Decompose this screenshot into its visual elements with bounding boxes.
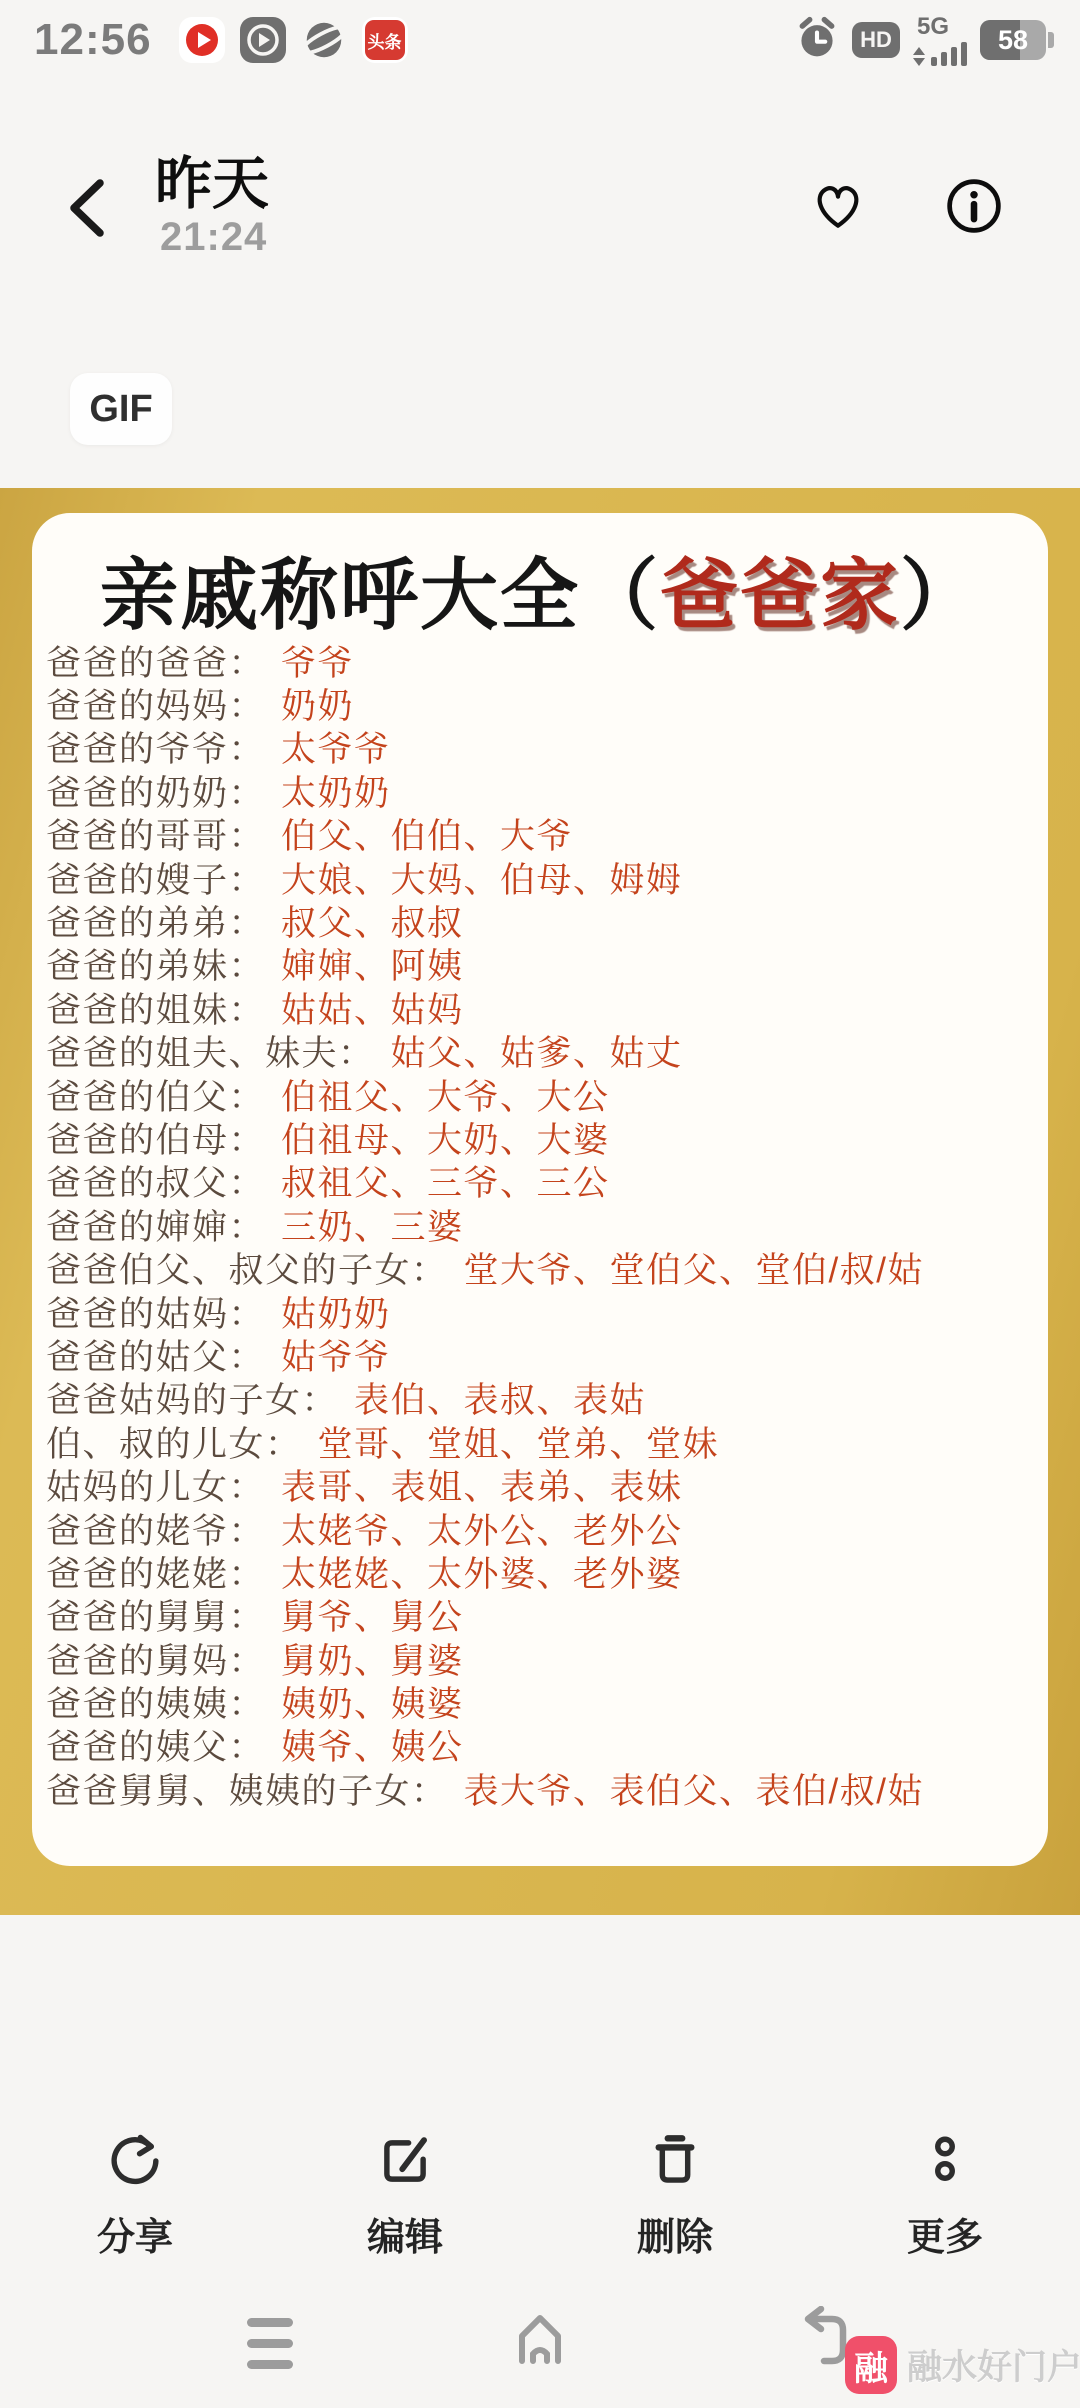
share-icon [106,2132,164,2190]
browser-planet-icon [301,17,347,63]
photo-title: 亲戚称呼大全（爸爸家） [32,533,1048,645]
kinship-row: 爸爸的姨姨：姨奶、姨婆 [46,1680,1040,1723]
photo-title-highlight: 爸爸家 [660,550,900,641]
bottom-toolbar: 分享 编辑 删除 更多 [0,2118,1080,2280]
back-chevron-icon [64,178,110,238]
gif-badge: GIF [70,373,172,445]
kinship-row: 爸爸的伯母：伯祖母、大奶、大婆 [46,1116,1040,1159]
alarm-icon [795,16,839,65]
red-video-app-icon [179,17,225,63]
hd-icon: HD [852,22,900,58]
watermark: 融 融水好门户 [845,2336,1080,2394]
kinship-row: 爸爸姑妈的子女：表伯、表叔、表姑 [46,1377,1040,1420]
menu-icon [247,2318,293,2327]
kinship-row: 爸爸的舅妈：舅奶、舅婆 [46,1637,1040,1680]
play-app-icon [240,17,286,63]
kinship-row: 爸爸的伯父：伯祖父、大爷、大公 [46,1073,1040,1116]
battery-icon: 58 [980,20,1054,60]
kinship-row: 爸爸的弟弟：叔父、叔叔 [46,899,1040,942]
photo-timestamp: 21:24 [160,215,267,260]
kinship-row: 爸爸的妈妈：奶奶 [46,682,1040,725]
favorite-button[interactable] [808,176,868,236]
clock-time: 12:56 [34,15,152,65]
edit-button[interactable]: 编辑 [270,2118,540,2280]
screen: 12:56 头条 HD 5G [0,0,1080,2408]
photo-title-main: 亲戚称呼大全 [100,550,580,641]
status-left: 12:56 头条 [34,15,408,65]
kinship-row: 爸爸的舅舅：舅爷、舅公 [46,1594,1040,1637]
signal-5g-icon: 5G [913,15,967,66]
kinship-row: 爸爸的嫂子：大娘、大妈、伯母、姆姆 [46,856,1040,899]
delete-button[interactable]: 删除 [540,2118,810,2280]
watermark-text: 融水好门户 [907,2340,1080,2390]
kinship-row: 爸爸的弟妹：婶婶、阿姨 [46,943,1040,986]
home-icon [508,2306,572,2370]
status-right: HD 5G 58 [795,15,1054,66]
kinship-row: 爸爸的哥哥：伯父、伯伯、大爷 [46,813,1040,856]
back-button[interactable] [64,178,110,238]
more-dots-icon [916,2132,974,2190]
trash-icon [646,2132,704,2190]
page-title: 昨天 [155,138,269,220]
kinship-row: 爸爸伯父、叔父的子女：堂大爷、堂伯父、堂伯/叔/姑 [46,1246,1040,1289]
kinship-row: 爸爸的姑父：姑爷爷 [46,1333,1040,1376]
kinship-row: 爸爸的姑妈：姑奶奶 [46,1290,1040,1333]
more-button[interactable]: 更多 [810,2118,1080,2280]
home-button[interactable] [508,2306,572,2370]
kinship-row: 爸爸的爸爸：爷爷 [46,639,1040,682]
kinship-row: 爸爸的婶婶：三奶、三婆 [46,1203,1040,1246]
kinship-label: 爸爸舅舅、姨姨的子女： [46,1764,448,1814]
kinship-row: 爸爸的奶奶：太奶奶 [46,769,1040,812]
kinship-value: 堂大爷、堂伯父、堂伯/叔/姑 [464,1243,924,1293]
edit-icon [376,2132,434,2190]
watermark-logo-icon: 融 [845,2336,897,2394]
toutiao-app-icon: 头条 [362,17,408,63]
info-icon [944,176,1004,236]
kinship-row: 爸爸的姥爷：太姥爷、太外公、老外公 [46,1507,1040,1550]
kinship-row: 爸爸的叔父：叔祖父、三爷、三公 [46,1160,1040,1203]
kinship-list: 爸爸的爸爸：爷爷 爸爸的妈妈：奶奶 爸爸的爷爷：太爷爷 爸爸的奶奶：太奶奶 爸爸… [46,639,1040,1811]
kinship-row: 爸爸的姨父：姨爷、姨公 [46,1724,1040,1767]
recents-button[interactable] [247,2318,293,2369]
system-navbar: 融 融水好门户 [0,2280,1080,2408]
kinship-row: 伯、叔的儿女：堂哥、堂姐、堂弟、堂妹 [46,1420,1040,1463]
kinship-row: 爸爸的爷爷：太爷爷 [46,726,1040,769]
photo-image[interactable]: 亲戚称呼大全（爸爸家） 爸爸的爸爸：爷爷 爸爸的妈妈：奶奶 爸爸的爷爷：太爷爷 … [0,488,1080,1915]
photo-inner-card: 亲戚称呼大全（爸爸家） 爸爸的爸爸：爷爷 爸爸的妈妈：奶奶 爸爸的爷爷：太爷爷 … [32,513,1048,1866]
kinship-row: 爸爸舅舅、姨姨的子女：表大爷、表伯父、表伯/叔/姑 [46,1767,1040,1810]
kinship-row: 爸爸的姥姥：太姥姥、太外婆、老外婆 [46,1550,1040,1593]
share-button[interactable]: 分享 [0,2118,270,2280]
status-bar: 12:56 头条 HD 5G [0,0,1080,70]
heart-icon [808,176,868,236]
kinship-row: 爸爸的姐夫、妹夫：姑父、姑爹、姑丈 [46,1030,1040,1073]
kinship-value: 表大爷、表伯父、表伯/叔/姑 [464,1764,924,1814]
info-button[interactable] [944,176,1004,236]
kinship-row: 姑妈的儿女：表哥、表姐、表弟、表妹 [46,1463,1040,1506]
kinship-row: 爸爸的姐妹：姑姑、姑妈 [46,986,1040,1029]
